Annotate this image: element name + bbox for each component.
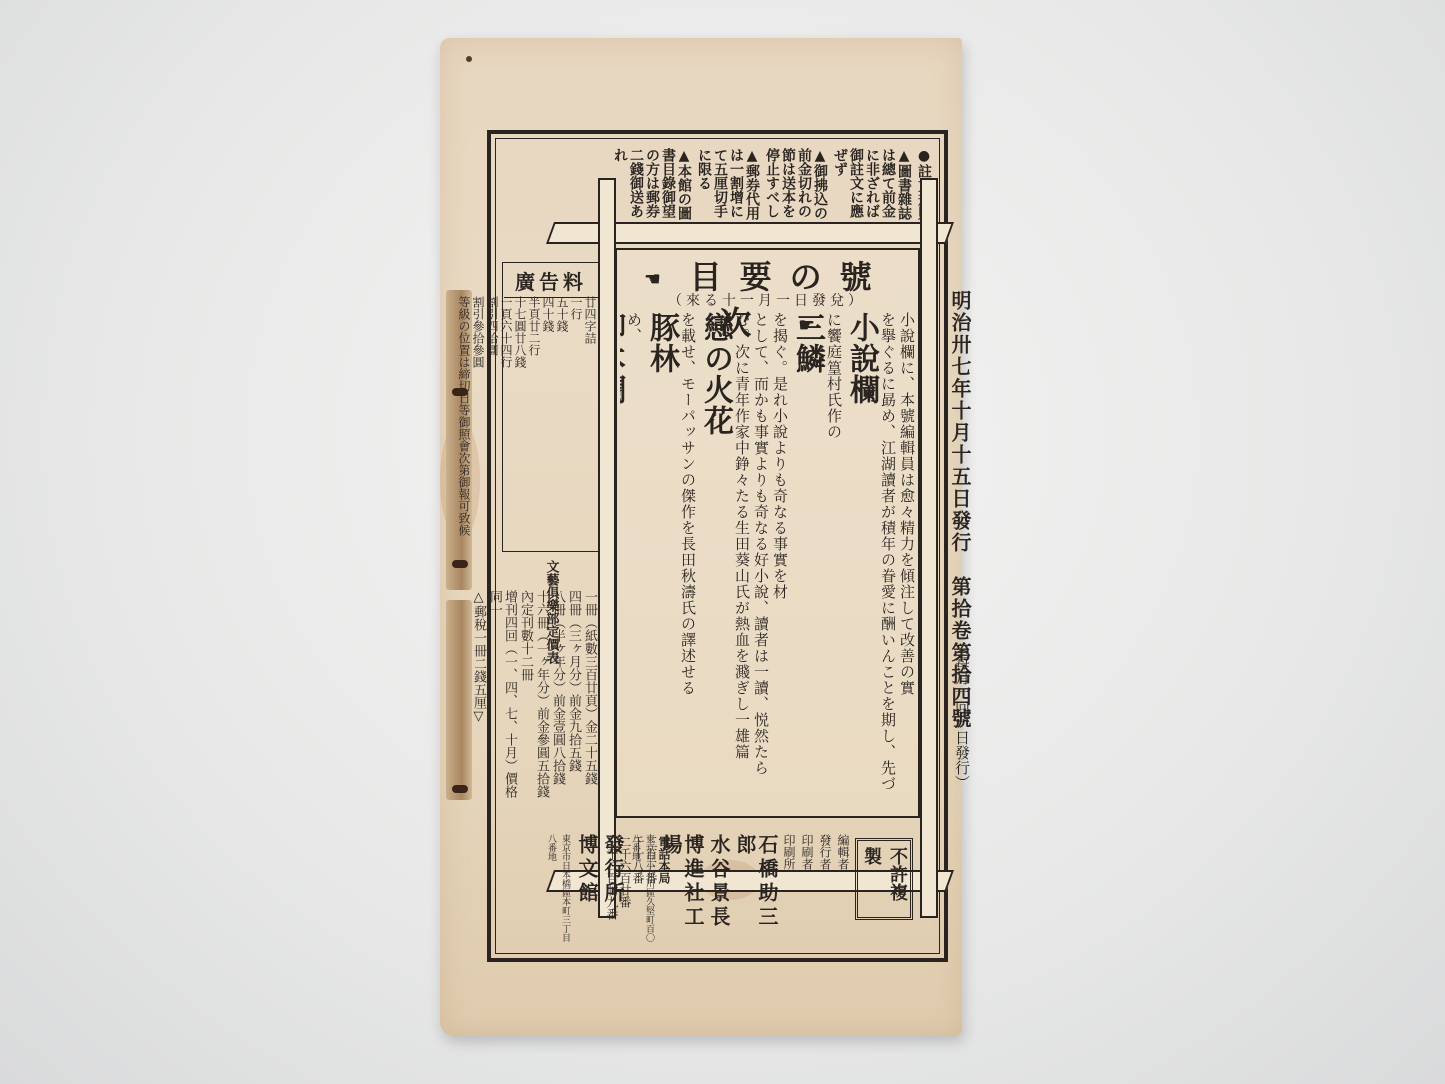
body-column: を載せ、モーパッサンの傑作を長田秋濤氏の譯述せる	[679, 312, 697, 812]
colophon-name: 石橋助三郎	[734, 834, 778, 944]
colophon-role: 印刷所	[782, 834, 796, 944]
price-row: 四冊（三ヶ月分）前金九拾五錢	[566, 590, 581, 810]
publisher-address: 東京市日本橋區本町三丁目八番地	[544, 834, 572, 944]
next-issue-subtitle: （來る十一月一日發兌）	[632, 290, 902, 310]
phone-label: 電話本局	[657, 836, 670, 936]
phone-number: 三千二百廿九番	[605, 836, 618, 936]
order-notice: ●註文規則 ▲圖書雜誌は總て前金に非ざれば御註文に應ぜず ▲御拂込の前金切れの節…	[612, 148, 932, 228]
frame-beam-left	[598, 178, 616, 918]
phone-block: 電話本局 三百三番 千十八番 二千六百廿番 三千二百廿九番	[618, 836, 670, 936]
order-notice-item: ▲御拂込の前金切れの節は送本を停止すべし	[764, 148, 828, 228]
price-row: 一冊（紙數三百廿頁）金二十五錢	[582, 590, 597, 810]
pointing-hand-icon: ☚	[644, 269, 660, 290]
rate-value: 割引參拾參圓	[471, 296, 485, 546]
no-reproduction-stamp: 不許複製	[855, 838, 913, 920]
binding-stitch	[452, 560, 468, 568]
body-column: を擧ぐるに勗め、江湖讀者が積年の眷愛に酬いんことを期し、先づ	[879, 312, 897, 812]
section-heading: 小說欄	[844, 312, 878, 812]
spine-tape	[446, 600, 472, 800]
price-table: 一冊（紙數三百廿頁）金二十五錢 四冊（三ヶ月分）前金九拾五錢 八冊（半ヶ年分）前…	[505, 590, 597, 810]
body-column: として、而かも事實よりも奇なる好小說、讀者は一讀、悦然たら	[752, 312, 770, 812]
colophon: 編輯者 發行者 印刷者 印刷所 石橋助三郎 水谷景長 博進社工場 東京市小石川區…	[690, 834, 850, 944]
order-notice-item: ▲本館の圖書目錄御望の方は郵券二錢御送あれ	[612, 148, 692, 228]
body-column: に饗庭篁村氏作の	[825, 312, 843, 812]
rate-row-label: 一頁六十四行	[499, 296, 513, 546]
worm-hole	[466, 56, 472, 62]
rate-value: 割引四拾圓	[485, 296, 499, 546]
story-title: 三鱗	[790, 312, 824, 812]
order-notice-item: ▲圖書雜誌は總て前金に非ざれば御註文に應ぜず	[832, 148, 912, 228]
order-notice-item: ▲郵券代用は一割增にて五厘切手に限る	[696, 148, 760, 228]
section-heading: 脚本欄	[620, 312, 624, 812]
frame-beam-right	[920, 178, 938, 918]
rate-note: 等級の位置は締切日等御照會次第御報可致候	[457, 296, 471, 546]
body-column: む。次に青年作家中錚々たる生田葵山氏が熱血を濺ぎし一雄篇	[733, 312, 751, 812]
issue-date: 明治卅七年十月十五日發行	[948, 290, 972, 554]
binding-stitch	[452, 785, 468, 793]
price-row: △郵稅一冊二錢五厘▽	[471, 590, 486, 810]
phone-number: 千十八番	[631, 836, 644, 936]
body-column: め、	[625, 312, 643, 812]
issue-frequency: （每月一回一日發行）	[952, 640, 972, 790]
rate-row-label: 半頁廿二行	[527, 296, 541, 546]
phone-number: 三百三番	[644, 836, 657, 936]
body-column: を揭ぐ。是れ小說よりも奇なる事實を材	[771, 312, 789, 812]
rate-value: 四十錢	[541, 296, 555, 546]
price-row: 十六冊（一ヶ年分）前金參圓五拾錢	[534, 590, 549, 810]
rate-row-label: 一行	[569, 296, 583, 546]
story-title: 豚林	[644, 312, 678, 812]
story-title: 戀の火花	[698, 312, 732, 812]
colophon-role: 發行者	[818, 834, 832, 944]
next-issue-body: 小說欄に、本號編輯員は愈々精力を傾注して改善の實 を擧ぐるに勗め、江湖讀者が積年…	[620, 312, 916, 812]
phone-number: 二千六百廿番	[618, 836, 631, 936]
price-row: 增刊四回（一、四、七、十月）價格同一	[487, 590, 517, 810]
colophon-role: 印刷者	[800, 834, 814, 944]
price-row: 八冊（半ヶ年分）前金壹圓八拾錢	[550, 590, 565, 810]
colophon-name: 水谷景長	[708, 834, 730, 944]
advertising-rates-title: 廣告料	[504, 266, 598, 298]
advertising-rates-table: 廿四字詰 一行 五十錢 四十錢 半頁廿二行 十七圓廿八錢 一頁六十四行 割引四拾…	[505, 296, 597, 546]
publisher-name: 博文館	[576, 834, 598, 944]
body-column: 小說欄に、本號編輯員は愈々精力を傾注して改善の實	[898, 312, 916, 812]
rate-header: 廿四字詰	[583, 296, 597, 546]
price-row: 內定刊數十二冊	[518, 590, 533, 810]
rate-value: 五十錢	[555, 296, 569, 546]
rate-value: 十七圓廿八錢	[513, 296, 527, 546]
colophon-role: 編輯者	[836, 834, 850, 944]
